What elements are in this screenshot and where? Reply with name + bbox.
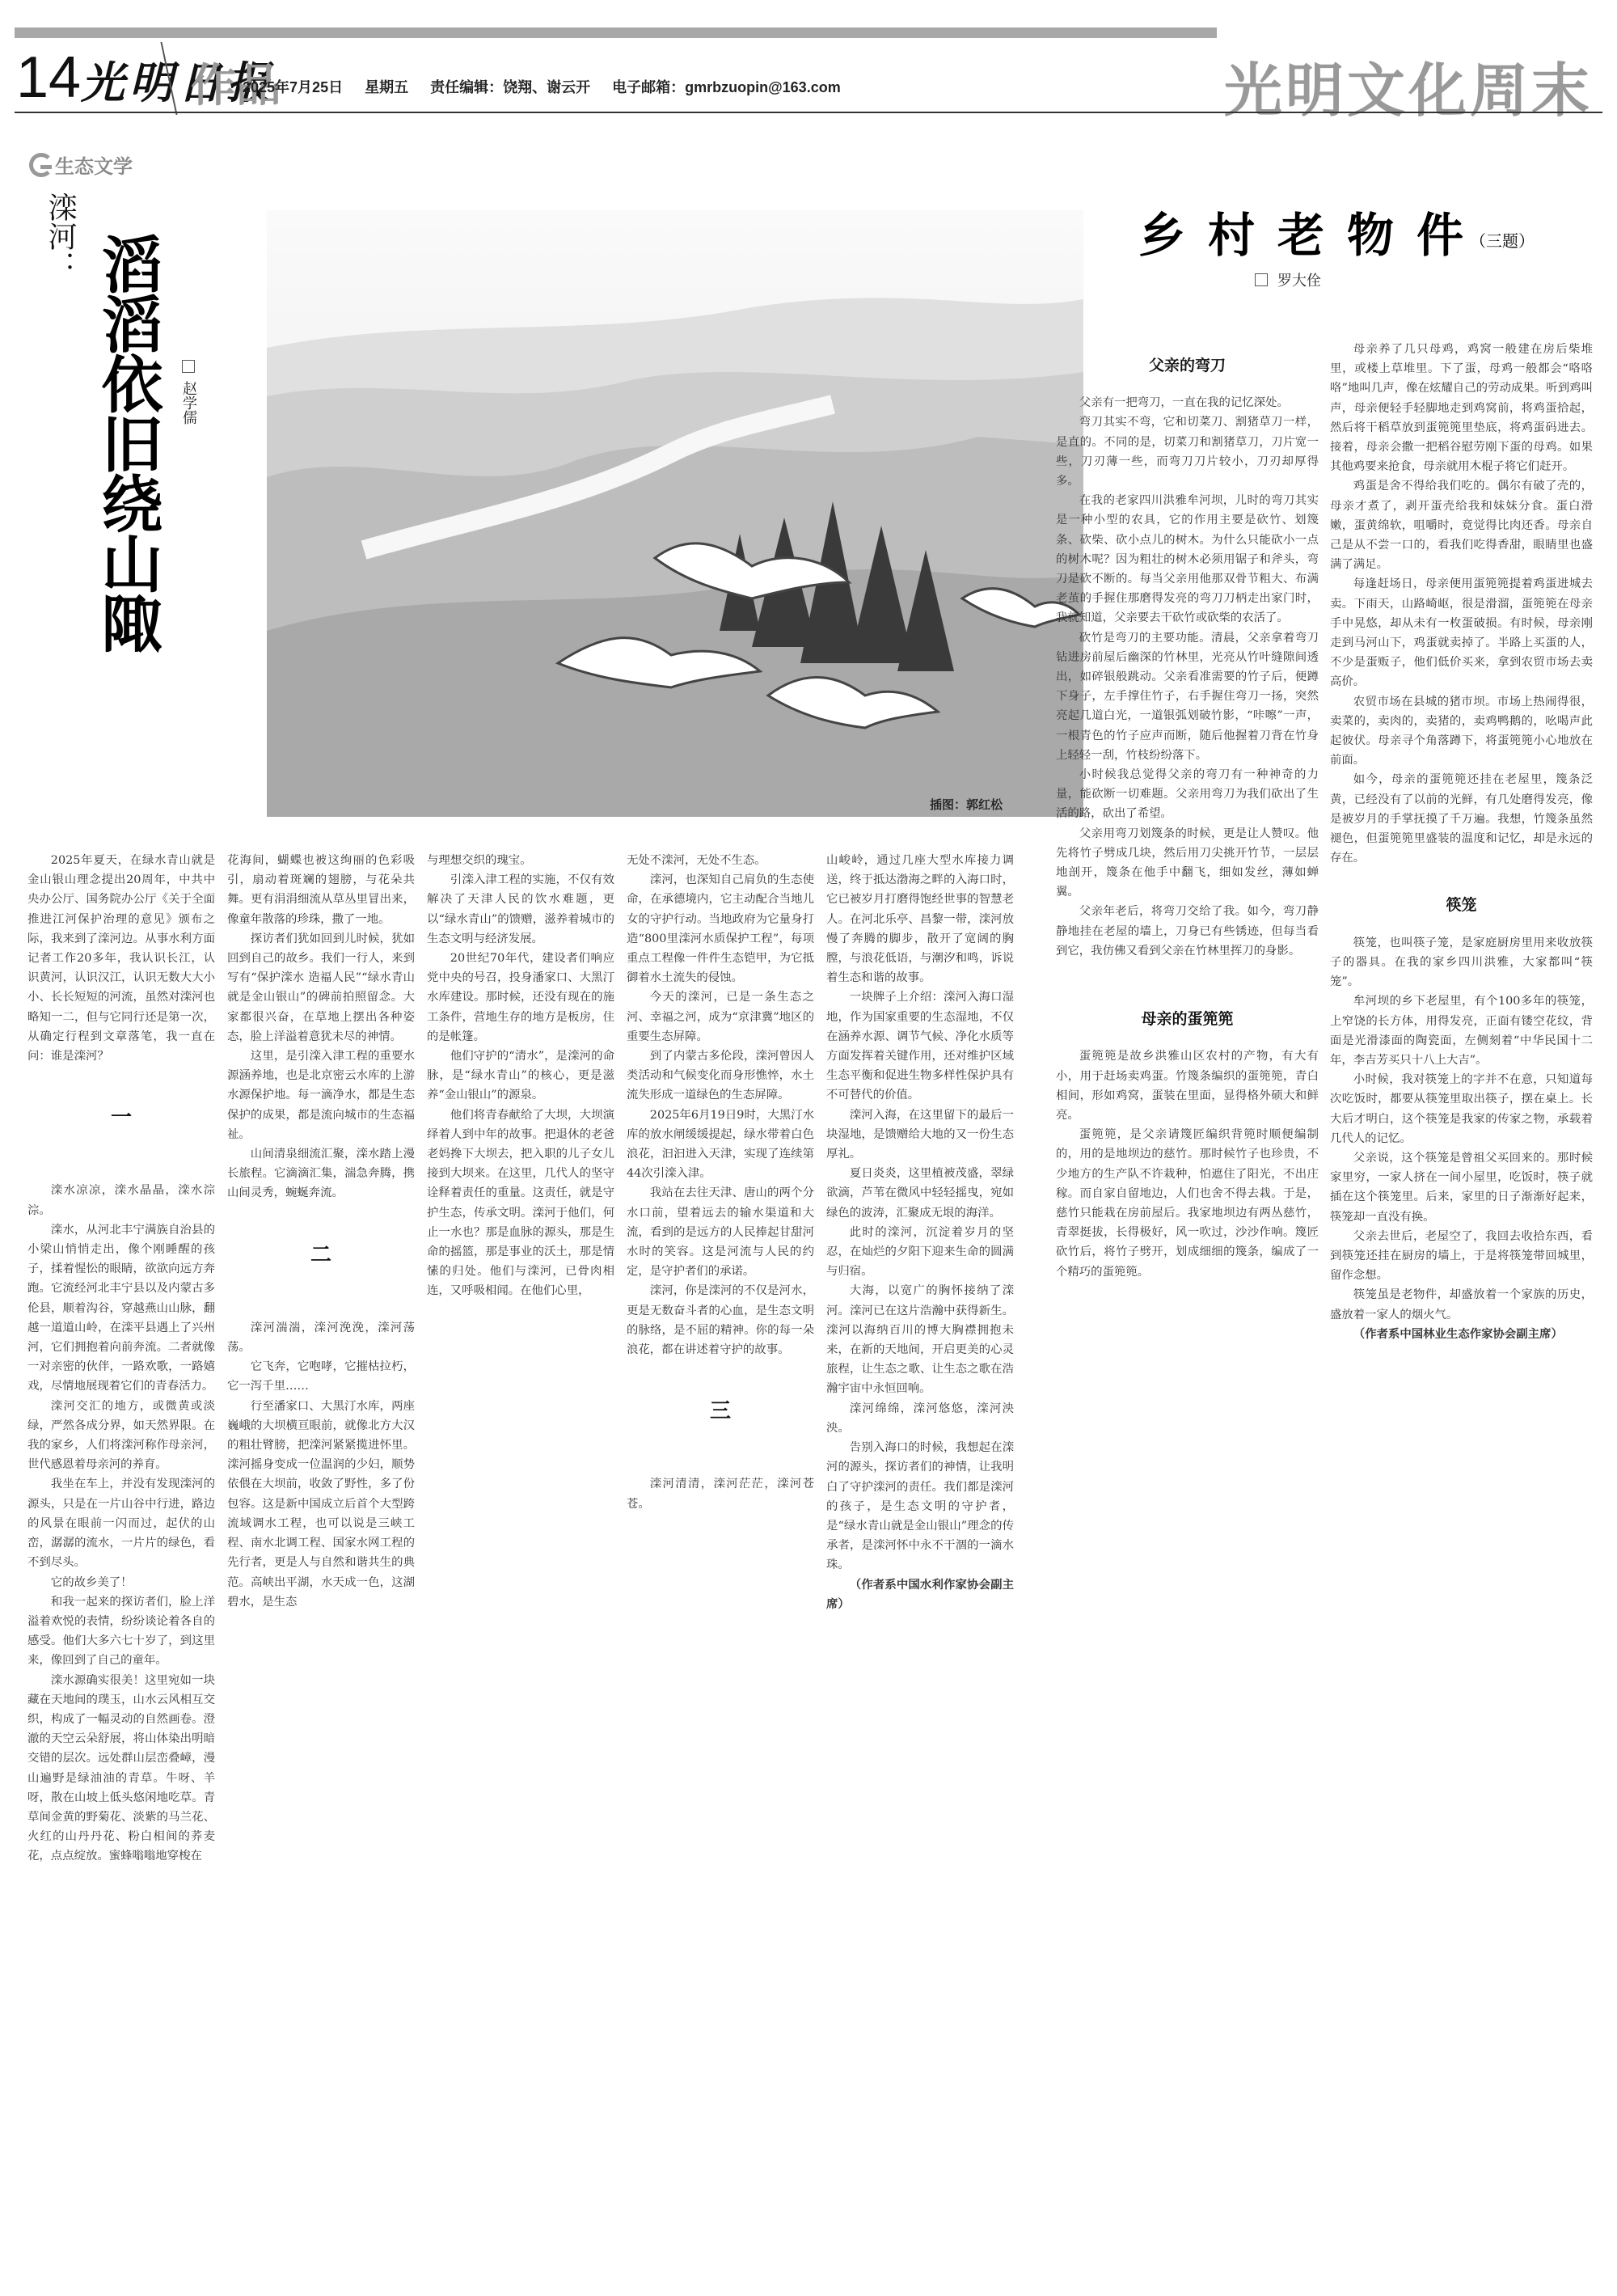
paragraph: 滦河绵绵，滦河悠悠，滦河泱泱。 bbox=[826, 1399, 1014, 1438]
paragraph: 滦水，从河北丰宁满族自治县的小梁山悄悄走出，像个刚睡醒的孩子，揉着惺忪的眼睛，欲… bbox=[27, 1220, 215, 1397]
paragraph: 这里，是引滦入津工程的重要水源涵养地，也是北京密云水库的上游水源保护地。每一滴净… bbox=[227, 1047, 415, 1144]
masthead-bottom-rule bbox=[15, 112, 1602, 113]
paragraph: 蛋篼篼是故乡洪雅山区农村的产物，有大有小，用于赶场卖鸡蛋。竹篾条编织的蛋篼篼，青… bbox=[1056, 1047, 1319, 1125]
paragraph: 2025年6月19日9时，大黑汀水库的放水闸缓缓提起，绿水带着白色浪花，汩汩进入… bbox=[627, 1106, 814, 1184]
paragraph: 与理想交织的瑰宝。 bbox=[427, 851, 614, 870]
paragraph: 它飞奔，它咆哮，它摧枯拉朽，它一泻千里…… bbox=[227, 1357, 415, 1396]
paragraph: 牟河坝的乡下老屋里，有个100多年的筷笼，上窄饶的长方体，用得发亮，正面有镂空花… bbox=[1330, 992, 1593, 1070]
paragraph: 父亲年老后，将弯刀交给了我。如今，弯刀静静地挂在老屋的墙上，刀身已有些锈迹，但每… bbox=[1056, 902, 1319, 961]
subheading-father-sickle: 父亲的弯刀 bbox=[1056, 356, 1319, 375]
column-tag: 生态文学 bbox=[29, 150, 133, 179]
author-name: 罗大佺 bbox=[1277, 269, 1321, 290]
paragraph: 小时候，我对筷笼上的字并不在意，只知道每次吃饭时，都要从筷笼里取出筷子，摆在桌上… bbox=[1330, 1070, 1593, 1148]
byline-box-icon bbox=[182, 360, 195, 373]
issue-date: 2025年7月25日 bbox=[243, 79, 343, 95]
page-number: 14 bbox=[16, 49, 81, 107]
paragraph: 20世纪70年代，建设者们响应党中央的号召，投身潘家口、大黑汀水库建设。那时候，… bbox=[427, 949, 614, 1047]
paragraph: 筷笼虽是老物件，却盛放着一个家族的历史，盛放着一家人的烟火气。 bbox=[1330, 1285, 1593, 1324]
paragraph: 滦河，你是滦河的不仅是河水，更是无数奋斗者的心血，是生态文明的脉络，是不屈的精神… bbox=[627, 1281, 814, 1359]
right-article-byline: 罗大佺 bbox=[1255, 269, 1321, 290]
section-heading-1: 一 bbox=[27, 1108, 215, 1127]
paragraph: 一块牌子上介绍：滦河入海口湿地，作为国家重要的生态湿地，不仅在涵养水源、调节气候… bbox=[826, 987, 1014, 1105]
article-column-1: 2025年夏天，在绿水青山就是金山银山理念提出20周年，中共中央办公厅、国务院办… bbox=[27, 851, 215, 2290]
paragraph: 山间清泉细流汇聚，滦水踏上漫长旅程。它滴滴汇集，湍急奔腾，携山间灵秀，蜿蜒奔流。 bbox=[227, 1144, 415, 1203]
paragraph: 砍竹是弯刀的主要功能。清晨，父亲拿着弯刀钻进房前屋后幽深的竹林里，光亮从竹叶缝隙… bbox=[1056, 628, 1319, 765]
header-rule-bar bbox=[15, 27, 1217, 38]
paragraph: 滦河湍湍，滦河浼浼，滦河荡荡。 bbox=[227, 1318, 415, 1357]
paragraph: 滦河，也深知自己肩负的生态使命，在承德境内，它主动配合当地儿女的守护行动。当地政… bbox=[627, 870, 814, 987]
paragraph: 他们将青春献给了大坝，大坝演绎着人到中年的故事。把退休的老爸老妈搀下大坝去，把入… bbox=[427, 1106, 614, 1301]
landscape-egrets-image bbox=[267, 210, 1083, 817]
paragraph: 大海，以宽广的胸怀接纳了滦河。滦河已在这片浩瀚中获得新生。滦河以海纳百川的博大胸… bbox=[826, 1281, 1014, 1398]
article-column-4: 无处不滦河，无处不生态。 滦河，也深知自己肩负的生态使命，在承德境内，它主动配合… bbox=[627, 851, 814, 2290]
article-subtitle: 滦河： bbox=[42, 192, 78, 280]
paragraph: 鸡蛋是舍不得给我们吃的。偶尔有破了壳的，母亲才煮了，剥开蛋壳给我和妹妹分食。蛋白… bbox=[1330, 476, 1593, 574]
paragraph: 农贸市场在县城的猪市坝。市场上热闹得很，卖菜的，卖肉的，卖猪的，卖鸡鸭鹅的，吆喝… bbox=[1330, 692, 1593, 771]
article-column-5: 山峻岭，通过几座大型水库接力调送，终于抵达渤海之畔的入海口时，它已被岁月打磨得饱… bbox=[826, 851, 1014, 2290]
paragraph: 夏日炎炎，这里植被茂盛，翠绿欲滴，芦苇在微风中轻轻摇曳，宛如绿色的波涛，汇聚成无… bbox=[826, 1164, 1014, 1223]
illustration-caption: 插图：郭红松 bbox=[930, 796, 1003, 813]
paragraph: 山峻岭，通过几座大型水库接力调送，终于抵达渤海之畔的入海口时，它已被岁月打磨得饱… bbox=[826, 851, 1014, 987]
weekly-supplement-title: 光明文化周末 bbox=[1224, 44, 1593, 128]
paragraph: 我坐在车上，并没有发现滦河的源头，只是在一片山谷中行进，路边的风景在眼前一闪而过… bbox=[27, 1474, 215, 1572]
paragraph: 无处不滦河，无处不生态。 bbox=[627, 851, 814, 870]
section-heading-2: 二 bbox=[227, 1245, 415, 1265]
masthead: 14 光明日报 作品 2025年7月25日 星期五 责任编辑：饶翔、谢云开 电子… bbox=[15, 42, 1602, 107]
paragraph: 如今，母亲的蛋篼篼还挂在老屋里，篾条泛黄，已经没有了以前的光鲜，有几处磨得发亮，… bbox=[1330, 770, 1593, 868]
article-column-2: 花海间，蝴蝶也被这绚丽的色彩吸引，扇动着斑斓的翅膀，与花朵共舞。更有涓涓细流从草… bbox=[227, 851, 415, 2290]
paragraph: 滦河交汇的地方，或微黄或淡绿，严然各成分界，如天然界限。在我的家乡，人们将滦河称… bbox=[27, 1397, 215, 1475]
paragraph: 父亲用弯刀划篾条的时候，更是让人赞叹。他先将竹子劈成几块，然后用刀尖挑开竹节，一… bbox=[1056, 824, 1319, 903]
paragraph: 2025年夏天，在绿水青山就是金山银山理念提出20周年，中共中央办公厅、国务院办… bbox=[27, 851, 215, 1066]
paragraph: 在我的老家四川洪雅牟河坝，儿时的弯刀其实是一种小型的农具，它的作用主要是砍竹、划… bbox=[1056, 491, 1319, 628]
paragraph: 每逢赶场日，母亲便用蛋篼篼提着鸡蛋进城去卖。下雨天，山路崎岖，很是滑溜，蛋篼篼在… bbox=[1330, 574, 1593, 691]
subheading-mother-egg-basket: 母亲的蛋篼篼 bbox=[1056, 1009, 1319, 1029]
editors: 责任编辑：饶翔、谢云开 bbox=[430, 79, 590, 95]
paragraph: 筷笼，也叫筷子笼，是家庭厨房里用来收放筷子的器具。在我的家乡四川洪雅，大家都叫“… bbox=[1330, 933, 1593, 992]
article-title: 滔滔依旧绕山陬 bbox=[91, 233, 163, 652]
paragraph: 父亲说，这个筷笼是曾祖父买回来的。那时候家里穷，一家人挤在一间小屋里，吃饭时，筷… bbox=[1330, 1148, 1593, 1227]
paragraph: 今天的滦河，已是一条生态之河、幸福之河，成为“京津冀”地区的重要生态屏障。 bbox=[627, 987, 814, 1047]
paragraph: 滦河清清，滦河茫茫，滦河苍苍。 bbox=[627, 1474, 814, 1513]
g-logo-icon bbox=[29, 153, 53, 177]
paragraph: 蛋篼篼，是父亲请篾匠编织背篼时顺便编制的，用的是地坝边的慈竹。那时候竹子也珍贵，… bbox=[1056, 1125, 1319, 1282]
author-note: （作者系中国林业生态作家协会副主席） bbox=[1330, 1325, 1593, 1344]
issue-meta: 2025年7月25日 星期五 责任编辑：饶翔、谢云开 电子邮箱：gmrbzuop… bbox=[243, 76, 859, 97]
column-tag-label: 生态文学 bbox=[55, 150, 133, 179]
issue-weekday: 星期五 bbox=[365, 79, 408, 95]
right-article-column-1: 父亲的弯刀 父亲有一把弯刀，一直在我的记忆深处。 弯刀其实不弯，它和切菜刀、割猪… bbox=[1056, 340, 1319, 2289]
paragraph: 我站在去往天津、唐山的两个分水口前，望着远去的输水渠道和大流，看到的是远方的人民… bbox=[627, 1183, 814, 1281]
paragraph: 父亲去世后，老屋空了，我回去收拾东西，看到筷笼还挂在厨房的墙上，于是将筷笼带回城… bbox=[1330, 1227, 1593, 1286]
paragraph: 此时的滦河，沉淀着岁月的坚忍，在灿烂的夕阳下迎来生命的圆满与归宿。 bbox=[826, 1223, 1014, 1282]
paragraph: 探访者们犹如回到儿时候，犹如回到自己的故乡。我们一行人，来到写有“保护滦水 造福… bbox=[227, 929, 415, 1047]
paragraph: 滦水源确实很美！这里宛如一块藏在天地间的璞玉，山水云风相互交织，构成了一幅灵动的… bbox=[27, 1671, 215, 1867]
paragraph: 弯刀其实不弯，它和切菜刀、割猪草刀一样，是直的。不同的是，切菜刀和割猪草刀，刀片… bbox=[1056, 412, 1319, 491]
article-byline: 赵学儒 bbox=[178, 360, 199, 425]
paragraph: 告别入海口的时候，我想起在滦河的源头，探访者们的神情，让我明白了守护滦河的责任。… bbox=[826, 1438, 1014, 1575]
paragraph: 和我一起来的探访者们，脸上洋溢着欢悦的表情，纷纷谈论着各自的感受。他们大多六七十… bbox=[27, 1592, 215, 1671]
article-column-3: 与理想交织的瑰宝。 引滦入津工程的实施，不仅有效解决了天津人民的饮水难题，更以“… bbox=[427, 851, 614, 2290]
paragraph: 花海间，蝴蝶也被这绚丽的色彩吸引，扇动着斑斓的翅膀，与花朵共舞。更有涓涓细流从草… bbox=[227, 851, 415, 929]
title-suffix: （三题） bbox=[1470, 231, 1535, 251]
paragraph: 它的故乡美了！ bbox=[27, 1573, 215, 1592]
byline-box-icon bbox=[1255, 273, 1268, 286]
paragraph: 滦河入海，在这里留下的最后一块湿地，是馈赠给大地的又一份生态厚礼。 bbox=[826, 1106, 1014, 1165]
paragraph: 引滦入津工程的实施，不仅有效解决了天津人民的饮水难题，更以“绿水青山”的馈赠，滋… bbox=[427, 870, 614, 949]
author-note: （作者系中国水利作家协会副主席） bbox=[826, 1575, 1014, 1614]
right-article-column-2: 母亲养了几只母鸡，鸡窝一般建在房后柴堆里，或楼上草堆里。下了蛋，母鸡一般都会“咯… bbox=[1330, 340, 1593, 2289]
paragraph: 父亲有一把弯刀，一直在我的记忆深处。 bbox=[1056, 393, 1319, 412]
paragraph: 小时候我总觉得父亲的弯刀有一种神奇的力量，能砍断一切难题。父亲用弯刀为我们砍出了… bbox=[1056, 765, 1319, 824]
paragraph: 他们守护的“清水”，是滦河的命脉，是“绿水青山”的核心，更是滋养“金山银山”的源… bbox=[427, 1047, 614, 1106]
section-heading-3: 三 bbox=[627, 1402, 814, 1421]
subheading-chopstick-holder: 筷笼 bbox=[1330, 895, 1593, 915]
editor-email[interactable]: 电子邮箱：gmrbzuopin@163.com bbox=[612, 79, 841, 95]
paragraph: 到了内蒙古多伦段，滦河曾因人类活动和气候变化而身形憔悴，水土流失形成一道绿色的生… bbox=[627, 1047, 814, 1106]
right-article-title: 乡村老物件（三题） bbox=[1138, 197, 1535, 265]
paragraph: 母亲养了几只母鸡，鸡窝一般建在房后柴堆里，或楼上草堆里。下了蛋，母鸡一般都会“咯… bbox=[1330, 340, 1593, 476]
author-name: 赵学儒 bbox=[178, 381, 199, 425]
ink-painting-illustration bbox=[267, 210, 1083, 817]
paragraph: 滦水凉凉，滦水晶晶，滦水淙淙。 bbox=[27, 1181, 215, 1220]
paragraph: 行至潘家口、大黑汀水库，两座巍峨的大坝横亘眼前，就像北方大汉的粗壮臂膀，把滦河紧… bbox=[227, 1397, 415, 1612]
